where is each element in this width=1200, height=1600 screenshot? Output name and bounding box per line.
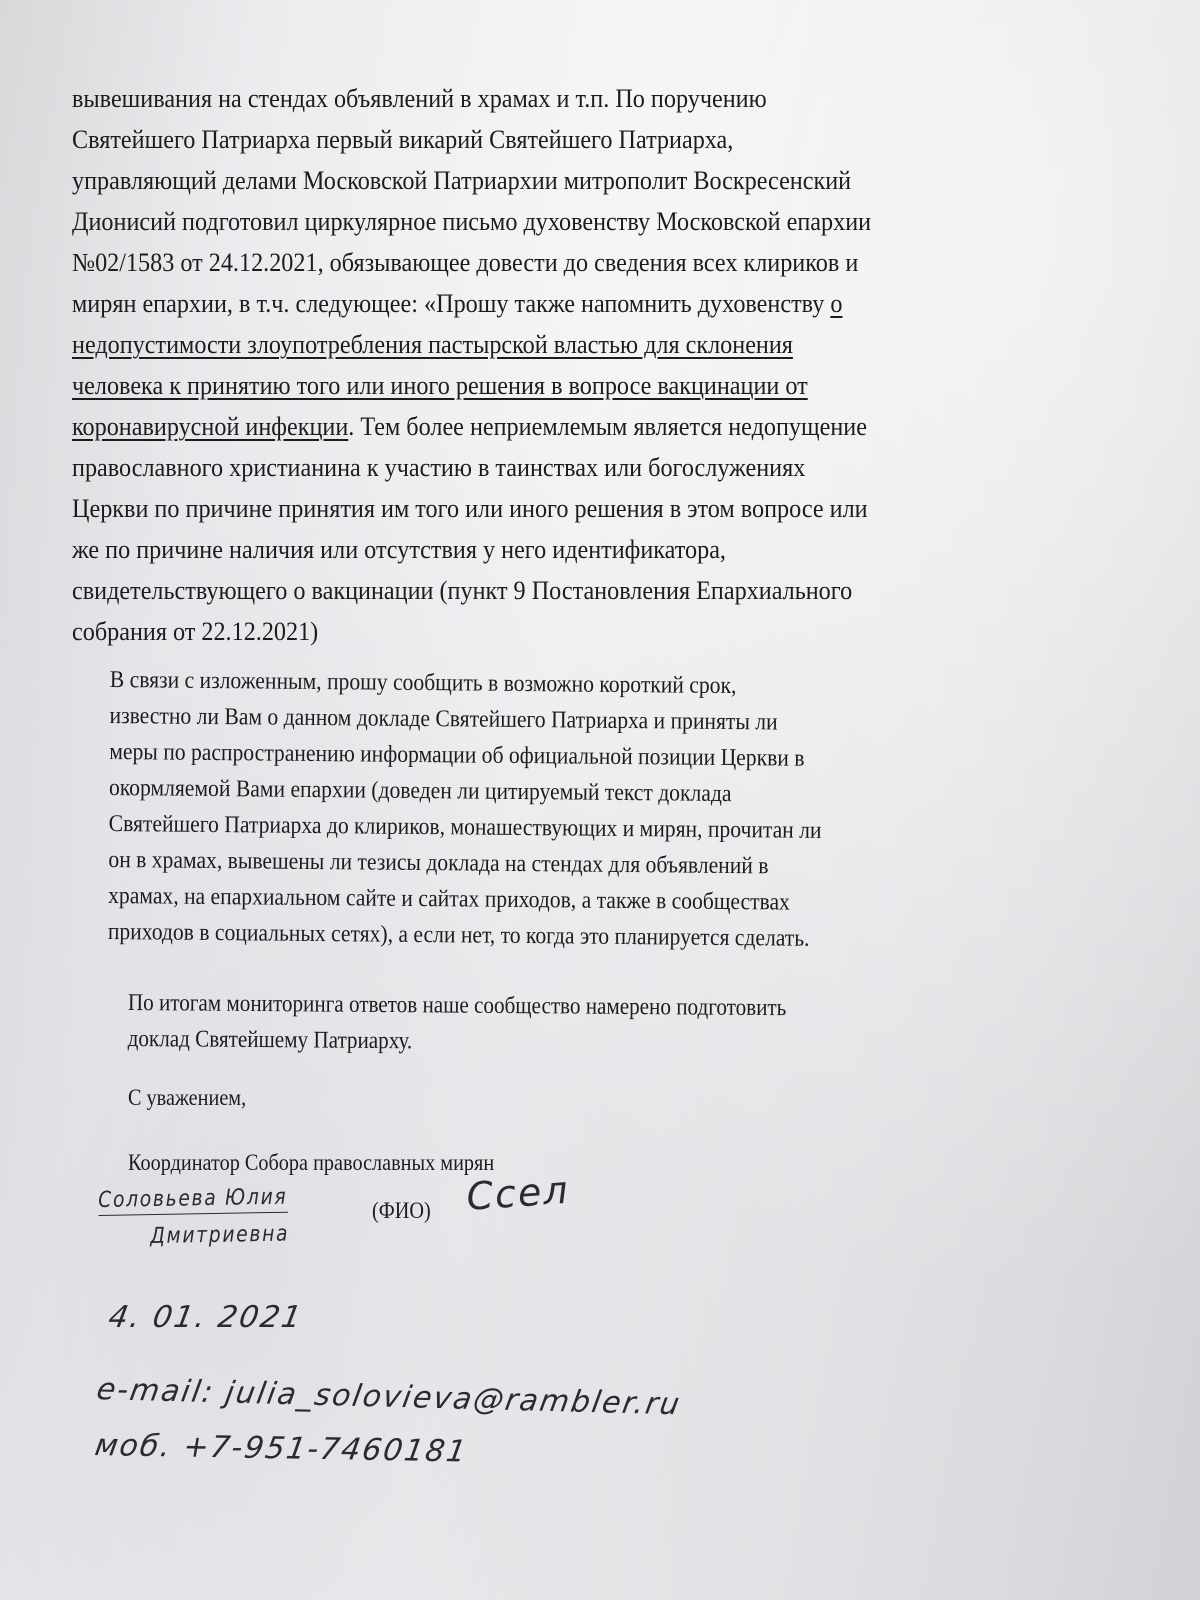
underlined-text: недопустимости злоупотребления пастырско… (72, 324, 871, 365)
text-line: Святейшего Патриарха первый викарий Свят… (72, 119, 871, 160)
text-line: свидетельствующего о вакцинации (пункт 9… (72, 570, 871, 611)
paragraph-request: В связи с изложенным, прошу сообщить в в… (108, 662, 823, 957)
text-line: мирян епархии, в т.ч. следующее: «Прошу … (72, 283, 871, 324)
handwritten-patronymic: Дмитриевна (150, 1222, 289, 1249)
signer-title: Координатор Собора православных мирян (128, 1150, 494, 1176)
text-line: Дионисий подготовил циркулярное письмо д… (72, 201, 871, 242)
text-line: доклад Святейшему Патриарху. (128, 1021, 787, 1062)
text-line: приходов в социальных сетях), а если нет… (108, 914, 821, 957)
underlined-text: коронавирусной инфекции (72, 412, 348, 441)
handwritten-date: 4. 01. 2021 (106, 1300, 306, 1335)
text-line: Церкви по причине принятия им того или и… (72, 488, 871, 529)
text-line: же по причине наличия или отсутствия у н… (72, 529, 871, 570)
underlined-text: человека к принятию того или иного решен… (72, 365, 871, 406)
text-line: коронавирусной инфекции. Тем более непри… (72, 406, 871, 447)
paragraph-monitoring: По итогам мониторинга ответов наше сообщ… (128, 985, 787, 1062)
paper-sheet: вывешивания на стендах объявлений в храм… (0, 0, 1200, 1600)
text-line: управляющий делами Московской Патриархии… (72, 160, 871, 201)
text-line: №02/1583 от 24.12.2021, обязывающее дове… (72, 242, 871, 283)
text-line: По итогам мониторинга ответов наше сообщ… (128, 985, 787, 1026)
handwritten-phone: моб. +7-951-7460181 (92, 1428, 470, 1470)
paragraph-quote-context: вывешивания на стендах объявлений в храм… (72, 78, 871, 652)
text-line: собрания от 22.12.2021) (72, 611, 871, 652)
handwritten-name: Соловьева Юлия (98, 1185, 288, 1216)
underlined-text: о (830, 289, 842, 318)
text-line: вывешивания на стендах объявлений в храм… (72, 78, 871, 119)
fio-label: (ФИО) (372, 1198, 431, 1224)
handwritten-email: e-mail: julia_solovieva@rambler.ru (94, 1372, 684, 1422)
text-line: православного христианина к участию в та… (72, 447, 871, 488)
signature: Ссел (465, 1168, 571, 1219)
closing-regards: С уважением, (128, 1085, 246, 1111)
